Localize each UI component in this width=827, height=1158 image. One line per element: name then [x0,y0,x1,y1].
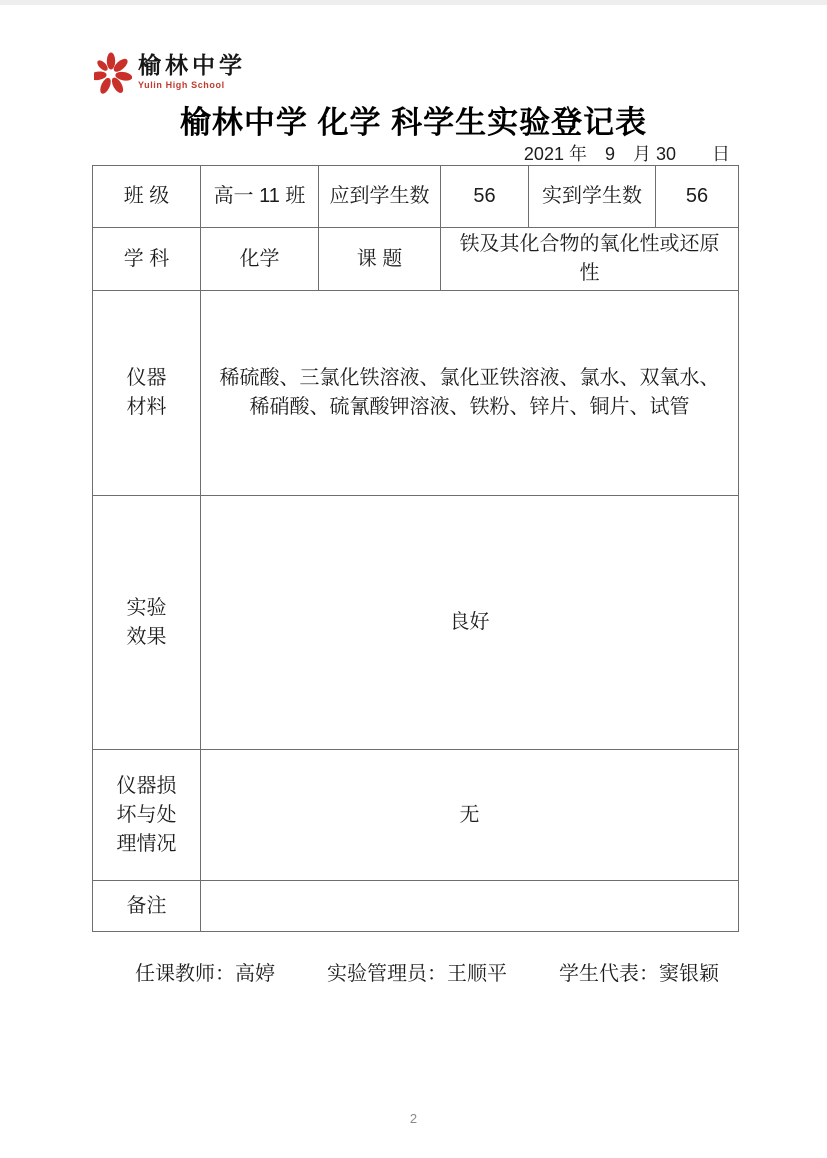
table-row-effect: 实验 效果 良好 [93,496,739,750]
pinwheel-flower-icon [94,48,132,96]
materials-label: 仪器 材料 [93,291,201,496]
school-name-english: Yulin High School [138,81,246,90]
form-title: 榆林中学 化学 科学生实验登记表 [0,97,827,142]
subject-value: 化学 [201,228,319,291]
effect-label-line: 实验 [103,594,190,623]
class-value: 高一 11 班 [201,166,319,228]
class-label: 班 级 [93,166,201,228]
expected-students-label: 应到学生数 [319,166,441,228]
table-row-materials: 仪器 材料 稀硫酸、三氯化铁溶液、氯化亚铁溶液、氯水、双氧水、稀硝酸、硫氰酸钾溶… [93,291,739,496]
remarks-label: 备注 [93,881,201,932]
table-row-damage: 仪器损 坏与处 理情况 无 [93,750,739,881]
damage-label-line: 仪器损 [103,772,190,801]
damage-label-line: 理情况 [103,830,190,859]
form-date: 2021 年 9 月 30 日 [524,140,730,166]
expected-students-value: 56 [441,166,529,228]
actual-students-value: 56 [656,166,739,228]
manager-signature: 实验管理员：王顺平 [327,957,507,986]
signature-line: 任课教师：高婷 实验管理员：王顺平 学生代表：窦银颖 [135,957,719,986]
effect-label-line: 效果 [103,623,190,652]
effect-value: 良好 [201,496,739,750]
effect-label: 实验 效果 [93,496,201,750]
school-name-chinese: 榆林中学 [138,54,246,77]
page-number: 2 [0,1111,827,1126]
materials-label-line: 仪器 [103,364,190,393]
materials-value: 稀硫酸、三氯化铁溶液、氯化亚铁溶液、氯水、双氧水、稀硝酸、硫氰酸钾溶液、铁粉、锌… [201,291,739,496]
remarks-value [201,881,739,932]
damage-value: 无 [201,750,739,881]
subject-label: 学 科 [93,228,201,291]
experiment-registration-table: 班 级 高一 11 班 应到学生数 56 实到学生数 56 学 科 化学 课 题… [92,165,739,932]
teacher-signature: 任课教师：高婷 [135,957,275,986]
topic-label: 课 题 [319,228,441,291]
table-row-remarks: 备注 [93,881,739,932]
table-row-class: 班 级 高一 11 班 应到学生数 56 实到学生数 56 [93,166,739,228]
damage-label: 仪器损 坏与处 理情况 [93,750,201,881]
representative-signature: 学生代表：窦银颖 [559,957,719,986]
topic-value: 铁及其化合物的氧化性或还原性 [441,228,739,291]
table-row-subject: 学 科 化学 课 题 铁及其化合物的氧化性或还原性 [93,228,739,291]
actual-students-label: 实到学生数 [529,166,656,228]
page-top-edge [0,0,827,5]
materials-label-line: 材料 [103,393,190,422]
school-logo: 榆林中学 Yulin High School [94,48,246,96]
damage-label-line: 坏与处 [103,801,190,830]
